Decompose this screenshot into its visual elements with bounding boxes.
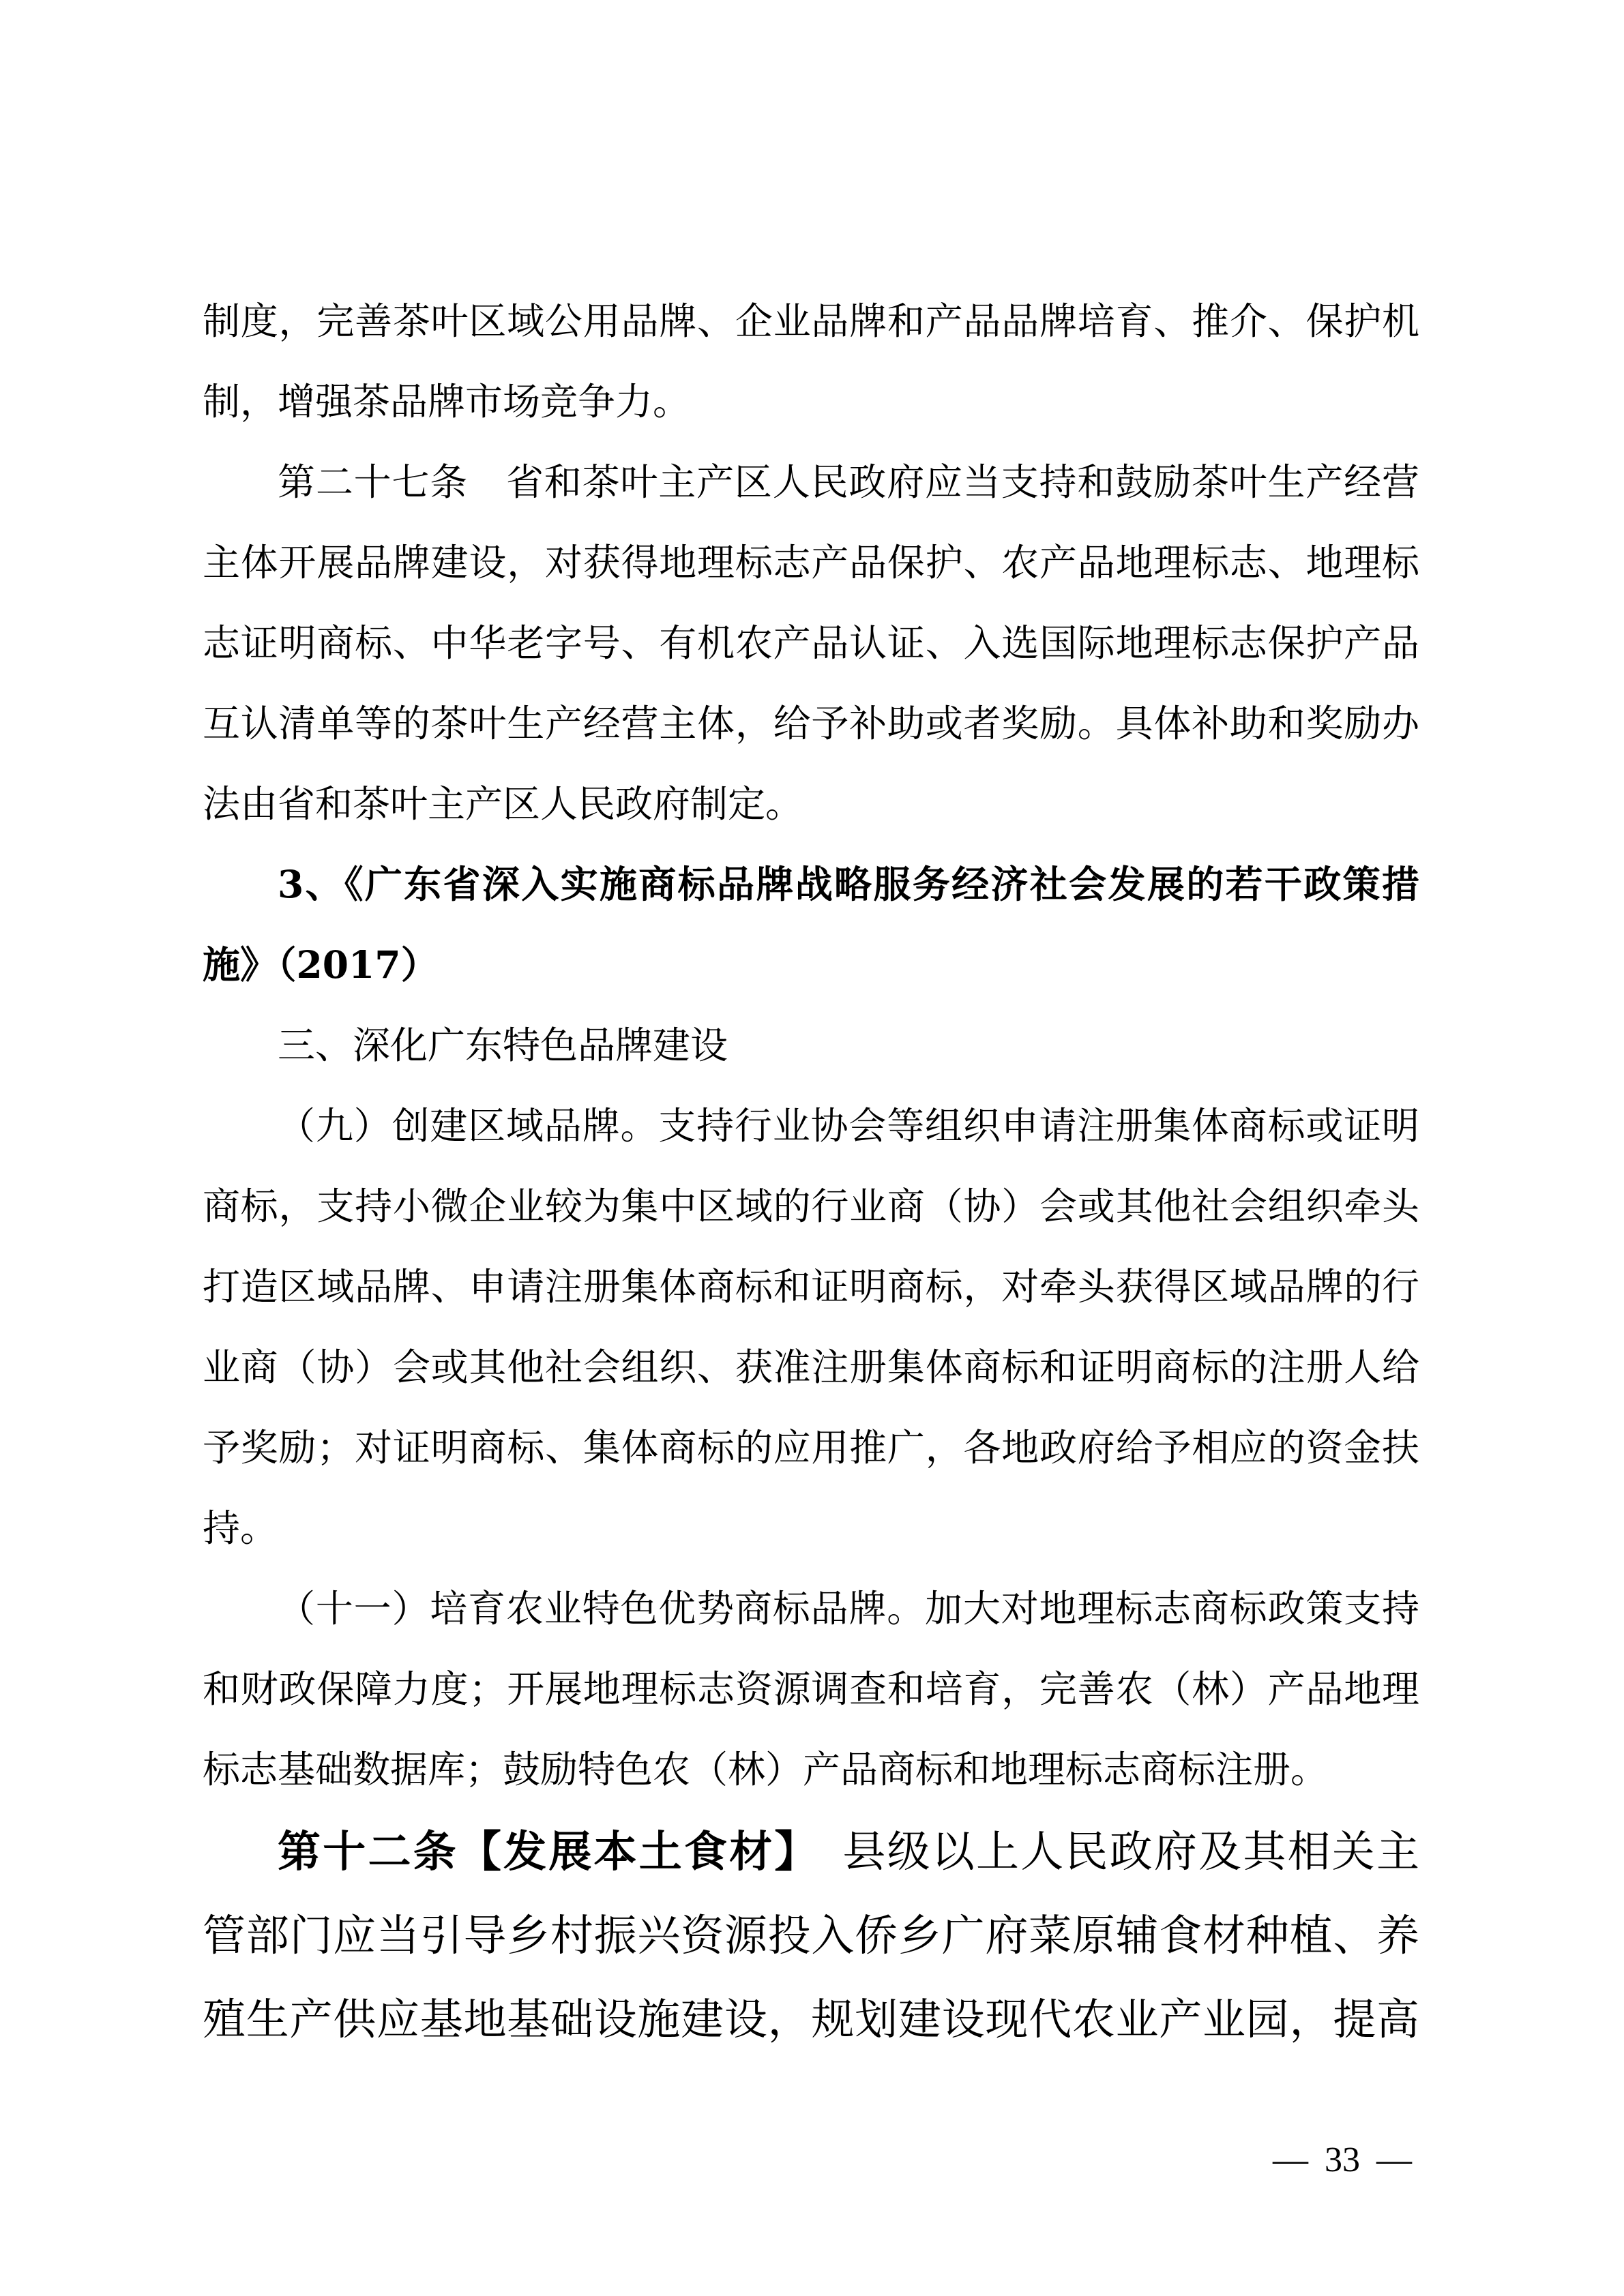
text-line: 殖生产供应基地基础设施建设，规划建设现代农业产业园，提高 — [203, 1978, 1419, 2061]
text-line: 标志基础数据库；鼓励特色农（林）产品商标和地理标志商标注册。 — [203, 1729, 1419, 1810]
line-text: 互认清单等的茶叶生产经营主体，给予补助或者奖励。具体补助和奖励办 — [203, 702, 1419, 745]
line-text: 志证明商标、中华老字号、有机农产品认证、入选国际地理标志保护产品 — [203, 621, 1419, 665]
text-line: 主体开展品牌建设，对获得地理标志产品保护、农产品地理标志、地理标 — [203, 522, 1419, 603]
text-line: 商标，支持小微企业较为集中区域的行业商（协）会或其他社会组织牵头 — [203, 1166, 1419, 1247]
text-line: 志证明商标、中华老字号、有机农产品认证、入选国际地理标志保护产品 — [203, 603, 1419, 683]
document-page: 制度，完善茶叶区域公用品牌、企业品牌和产品品牌培育、推介、保护机制，增强茶品牌市… — [0, 0, 1624, 2296]
line-text: 制度，完善茶叶区域公用品牌、企业品牌和产品品牌培育、推介、保护机 — [203, 299, 1419, 343]
line-text: 第二十七条 省和茶叶主产区人民政府应当支持和鼓励茶叶生产经营 — [278, 460, 1419, 504]
footer-page-number: 33 — [1325, 2140, 1360, 2181]
line-bold-lead: 第十二条【发展本土食材】 — [278, 1827, 798, 1877]
line-text: （九）创建区域品牌。支持行业协会等组织申请注册集体商标或证明 — [278, 1104, 1419, 1148]
line-text: 业商（协）会或其他社会组织、获准注册集体商标和证明商标的注册人给 — [203, 1345, 1419, 1389]
line-text: 施》（2017） — [203, 942, 439, 987]
line-text: 3、《广东省深入实施商标品牌战略服务经济社会发展的若干政策措 — [278, 862, 1419, 906]
line-text: 法由省和茶叶主产区人民政府制定。 — [203, 782, 803, 826]
line-text: 殖生产供应基地基础设施建设，规划建设现代农业产业园，提高 — [203, 1995, 1419, 2044]
text-line: （十一）培育农业特色优势商标品牌。加大对地理标志商标政策支持 — [203, 1568, 1419, 1649]
line-text: 持。 — [203, 1506, 278, 1550]
text-line: 制，增强茶品牌市场竞争力。 — [203, 361, 1419, 442]
text-line: 打造区域品牌、申请注册集体商标和证明商标，对牵头获得区域品牌的行 — [203, 1247, 1419, 1327]
line-text: 商标，支持小微企业较为集中区域的行业商（协）会或其他社会组织牵头 — [203, 1184, 1419, 1228]
text-line: 第二十七条 省和茶叶主产区人民政府应当支持和鼓励茶叶生产经营 — [203, 442, 1419, 522]
text-line: 三、深化广东特色品牌建设 — [203, 1005, 1419, 1086]
line-text: 标志基础数据库；鼓励特色农（林）产品商标和地理标志商标注册。 — [203, 1748, 1328, 1791]
document-body: 制度，完善茶叶区域公用品牌、企业品牌和产品品牌培育、推介、保护机制，增强茶品牌市… — [203, 281, 1419, 2061]
text-line: 管部门应当引导乡村振兴资源投入侨乡广府菜原辅食材种植、养 — [203, 1894, 1419, 1978]
line-text: 县级以上人民政府及其相关主 — [798, 1827, 1419, 1877]
text-line: 法由省和茶叶主产区人民政府制定。 — [203, 764, 1419, 844]
text-line: 持。 — [203, 1488, 1419, 1568]
line-text: （十一）培育农业特色优势商标品牌。加大对地理标志商标政策支持 — [278, 1587, 1419, 1630]
page-footer: — 33 — — [1273, 2140, 1412, 2181]
text-line: （九）创建区域品牌。支持行业协会等组织申请注册集体商标或证明 — [203, 1086, 1419, 1166]
text-line: 和财政保障力度；开展地理标志资源调查和培育，完善农（林）产品地理 — [203, 1649, 1419, 1729]
text-line: 予奖励；对证明商标、集体商标的应用推广，各地政府给予相应的资金扶 — [203, 1407, 1419, 1488]
line-text: 和财政保障力度；开展地理标志资源调查和培育，完善农（林）产品地理 — [203, 1667, 1419, 1711]
line-text: 主体开展品牌建设，对获得地理标志产品保护、农产品地理标志、地理标 — [203, 541, 1419, 584]
text-line: 施》（2017） — [203, 925, 1419, 1005]
line-text: 予奖励；对证明商标、集体商标的应用推广，各地政府给予相应的资金扶 — [203, 1426, 1419, 1470]
text-line: 第十二条【发展本土食材】 县级以上人民政府及其相关主 — [203, 1810, 1419, 1894]
line-text: 三、深化广东特色品牌建设 — [278, 1024, 728, 1067]
line-text: 打造区域品牌、申请注册集体商标和证明商标，对牵头获得区域品牌的行 — [203, 1265, 1419, 1309]
line-text: 管部门应当引导乡村振兴资源投入侨乡广府菜原辅食材种植、养 — [203, 1911, 1419, 1960]
line-text: 制，增强茶品牌市场竞争力。 — [203, 380, 690, 423]
text-line: 互认清单等的茶叶生产经营主体，给予补助或者奖励。具体补助和奖励办 — [203, 683, 1419, 764]
footer-dash-right: — — [1376, 2140, 1412, 2181]
text-line: 制度，完善茶叶区域公用品牌、企业品牌和产品品牌培育、推介、保护机 — [203, 281, 1419, 361]
text-line: 业商（协）会或其他社会组织、获准注册集体商标和证明商标的注册人给 — [203, 1327, 1419, 1407]
text-line: 3、《广东省深入实施商标品牌战略服务经济社会发展的若干政策措 — [203, 844, 1419, 925]
footer-dash-left: — — [1273, 2140, 1308, 2181]
